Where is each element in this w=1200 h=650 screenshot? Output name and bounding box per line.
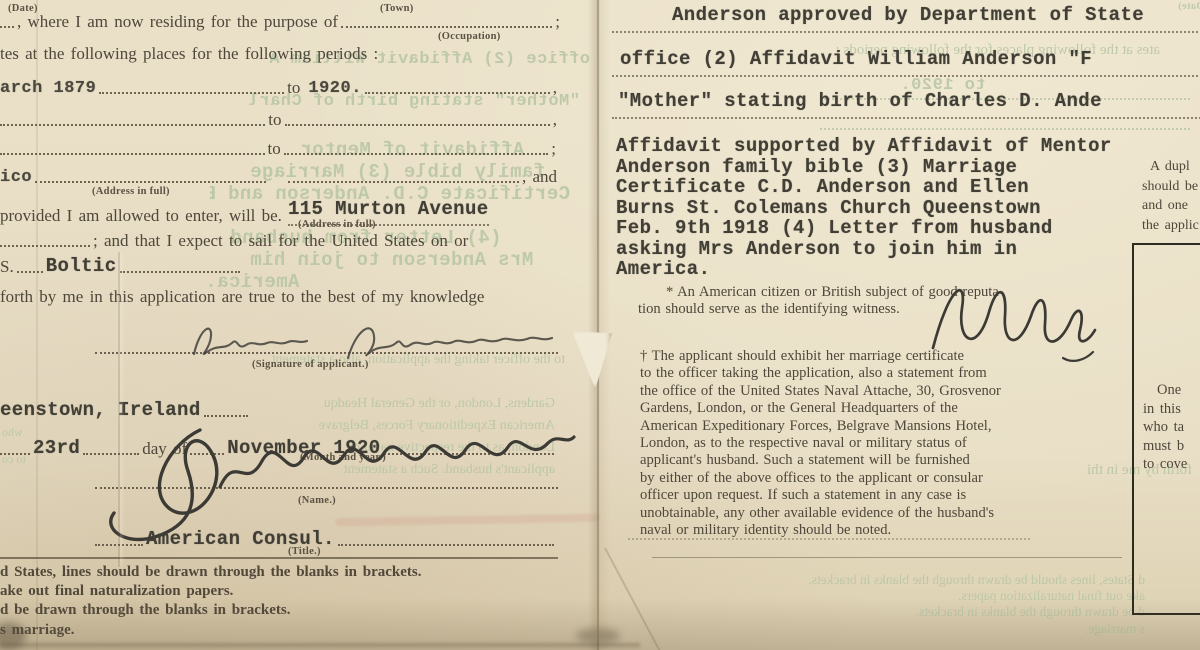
footnote-line: s marriage. bbox=[0, 622, 421, 639]
bleedthrough-block: d States, lines should be drawn through … bbox=[755, 572, 1145, 637]
occupation-field-label: (Occupation) bbox=[438, 31, 501, 42]
document-scan: office (2) Affidavit William A "Mother" … bbox=[0, 0, 1200, 650]
page-edge-shadow bbox=[0, 643, 640, 647]
title-label: (Title.) bbox=[288, 546, 321, 557]
annotation-line-2: office (2) Affidavit William Anderson "F bbox=[612, 48, 1200, 77]
title-line: American Consul. bbox=[95, 528, 557, 550]
footnote-line: d be drawn through the blanks in bracket… bbox=[0, 602, 421, 619]
enter-text: provided I am allowed to enter, will be. bbox=[0, 206, 282, 226]
star-note-line2: tion should serve as the identifying wit… bbox=[638, 301, 900, 318]
note-line: naval or military identity should be not… bbox=[640, 522, 1014, 539]
applicant-signature bbox=[180, 314, 570, 366]
note-line: by either of the above offices to the ap… bbox=[640, 470, 1014, 487]
to-word: to bbox=[268, 110, 281, 130]
note-line: unobtainable, any other available eviden… bbox=[640, 505, 1014, 522]
address-row: ico , and bbox=[0, 167, 557, 187]
residing-text: , where I am now residing for the purpos… bbox=[17, 12, 338, 32]
dotted-blank bbox=[0, 120, 265, 126]
left-footnotes: d States, lines should be drawn through … bbox=[0, 564, 421, 641]
annotation-line-3: "Mother" stating birth of Charles D. And… bbox=[612, 90, 1200, 119]
bleedthrough-line: d States, lines should be drawn through … bbox=[755, 572, 1145, 588]
footer-rule bbox=[0, 557, 558, 559]
notice-box-text: Onein thiswho tamust bto cove bbox=[1143, 381, 1187, 474]
note-line: should be bbox=[1142, 177, 1199, 197]
dotted-blank bbox=[365, 88, 550, 94]
dotted-blank bbox=[99, 88, 284, 94]
note-line: Gardens, London, or the General Headquar… bbox=[640, 400, 1014, 417]
dotted-blank bbox=[341, 22, 552, 28]
signature-label: (Signature of applicant.) bbox=[252, 359, 369, 370]
note-line: and one bbox=[1142, 196, 1199, 216]
comma: , bbox=[553, 110, 557, 130]
dotted-blank bbox=[0, 241, 90, 247]
typed-line: Anderson family bible (3) Marriage bbox=[616, 157, 1116, 178]
ss-prefix: S. bbox=[0, 257, 14, 277]
to-word: to bbox=[268, 139, 281, 159]
dotted-blank bbox=[288, 177, 519, 183]
box-line: must b bbox=[1143, 437, 1187, 456]
box-line: who ta bbox=[1143, 418, 1187, 437]
note-line: London, as to the respective naval or mi… bbox=[640, 435, 1014, 452]
paper-crease bbox=[118, 252, 120, 567]
faint-dotted-rule bbox=[628, 538, 1030, 540]
to-word: to bbox=[287, 78, 300, 98]
and-word: , and bbox=[522, 167, 557, 187]
dotted-blank bbox=[338, 540, 554, 546]
dagger-note: † The applicant should exhibit her marri… bbox=[640, 348, 1014, 539]
affidavit-typed-block: Affidavit supported by Affidavit of Ment… bbox=[616, 136, 1116, 280]
note-line: officer upon request. If such a statemen… bbox=[640, 487, 1014, 504]
truth-statement-text: forth by me in this application are true… bbox=[0, 287, 484, 307]
duplicate-note: A duplshould beand onethe applic bbox=[1142, 157, 1199, 235]
enter-line: provided I am allowed to enter, will be.… bbox=[0, 198, 489, 226]
period-row-2: to , bbox=[0, 110, 557, 130]
address-field-label-2: (Address in full) bbox=[298, 219, 376, 230]
typed-line: asking Mrs Anderson to join him in bbox=[616, 239, 1116, 260]
note-line: applicant's husband. Such a statement wi… bbox=[640, 452, 1014, 469]
bleedthrough-line: s marriage. bbox=[755, 621, 1145, 637]
address-field-label: (Address in full) bbox=[92, 186, 170, 197]
annotation-line-1: Anderson approved by Department of State bbox=[612, 4, 1200, 33]
box-line: to cove bbox=[1143, 455, 1187, 474]
dotted-blank bbox=[17, 267, 43, 273]
dotted-blank bbox=[35, 177, 266, 183]
consul-signature bbox=[50, 405, 580, 545]
semicolon: ; bbox=[551, 139, 556, 159]
residing-line: , where I am now residing for the purpos… bbox=[0, 12, 560, 32]
note-line: the applic bbox=[1142, 216, 1199, 236]
comma: , bbox=[553, 78, 557, 98]
dotted-blank bbox=[0, 149, 265, 155]
bleedthrough-dots bbox=[820, 128, 1190, 130]
period-row-3: to ; bbox=[0, 139, 556, 159]
typed-line: Certificate C.D. Anderson and Ellen bbox=[616, 177, 1116, 198]
typed-line: Burns St. Colemans Church Queenstown bbox=[616, 198, 1116, 219]
paper-crease bbox=[36, 0, 38, 650]
bleedthrough-line: ake out final naturalization papers. bbox=[755, 588, 1145, 604]
footnote-line: ake out final naturalization papers. bbox=[0, 583, 421, 600]
note-line: American Expeditionary Forces, Belgrave … bbox=[640, 418, 1014, 435]
box-line: One bbox=[1143, 381, 1187, 400]
ico-typed-fragment: ico bbox=[0, 168, 32, 187]
residing-end: ; bbox=[555, 12, 560, 32]
typed-line: Feb. 9th 1918 (4) Letter from husband bbox=[616, 218, 1116, 239]
dotted-blank bbox=[0, 449, 30, 455]
dotted-blank bbox=[120, 267, 240, 273]
dotted-blank bbox=[284, 149, 549, 155]
ship-name-value: Boltic bbox=[46, 255, 117, 277]
note-line: A dupl bbox=[1142, 157, 1199, 177]
note-line: † The applicant should exhibit her marri… bbox=[640, 348, 1014, 365]
period-to-value: 1920. bbox=[308, 79, 362, 98]
page-seam-line bbox=[597, 0, 599, 650]
period-from-value: arch 1879 bbox=[0, 79, 96, 98]
dotted-blank bbox=[285, 120, 550, 126]
note-line: the office of the United States Naval At… bbox=[640, 383, 1014, 400]
note-line: to the officer taking the application, a… bbox=[640, 365, 1014, 382]
box-line: in this bbox=[1143, 400, 1187, 419]
dotted-blank bbox=[0, 22, 14, 28]
bleedthrough-line: d be drawn through the blanks in bracket… bbox=[755, 604, 1145, 620]
period-row-1: arch 1879 to 1920. , bbox=[0, 78, 557, 98]
footnote-line: d States, lines should be drawn through … bbox=[0, 564, 421, 581]
sail-text: ; and that I expect to sail for the Unit… bbox=[93, 231, 468, 251]
thin-rule bbox=[652, 557, 1122, 558]
sail-line: ; and that I expect to sail for the Unit… bbox=[0, 231, 557, 251]
places-periods-text: tes at the following places for the foll… bbox=[0, 44, 378, 64]
typed-line: Affidavit supported by Affidavit of Ment… bbox=[616, 136, 1116, 157]
bleedthrough-text: Mrs Anderson to join him bbox=[250, 249, 533, 271]
